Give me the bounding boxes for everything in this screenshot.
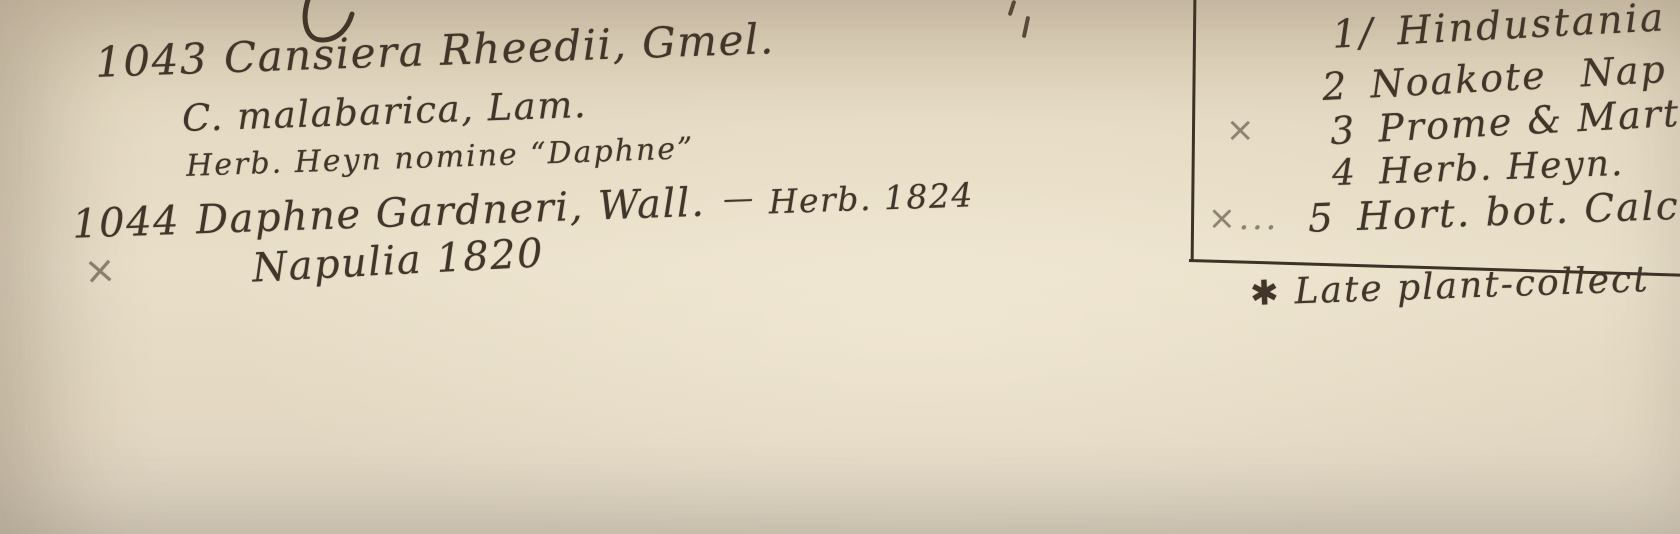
locality-name: Hort. bot. Calc. bbox=[1356, 183, 1680, 240]
locality-box-left-border bbox=[1191, 0, 1197, 262]
stray-quote-mark-icon bbox=[1022, 16, 1030, 38]
herbarium-year: Herb. 1824 bbox=[768, 175, 974, 221]
cross-dotted-mark: ×... bbox=[1208, 198, 1279, 237]
locality-name: Hindustania bbox=[1396, 0, 1667, 54]
locality-name: Herb. Heyn. bbox=[1378, 143, 1625, 193]
stray-quote-mark-icon bbox=[1008, 0, 1017, 16]
entry-1043-synonym: C. malabarica, Lam. bbox=[181, 83, 587, 140]
entry-number: 1044 bbox=[71, 198, 180, 248]
species-name: Daphne Gardneri, Wall. bbox=[195, 180, 706, 244]
row-number: 4 bbox=[1331, 152, 1357, 194]
manuscript-page: 1043Cansiera Rheedii, Gmel. C. malabaric… bbox=[0, 0, 1680, 534]
row-number: 1/ bbox=[1331, 11, 1376, 58]
footnote-line: ✱Late plant-collect bbox=[1249, 259, 1650, 314]
row-number: 3 bbox=[1329, 108, 1357, 153]
dash-separator: — bbox=[723, 181, 756, 217]
row-number: 5 bbox=[1307, 196, 1335, 242]
entry-1043-line: 1043Cansiera Rheedii, Gmel. bbox=[94, 14, 775, 87]
entry-number: 1043 bbox=[94, 34, 209, 87]
locality-name-continued: Nap bbox=[1579, 47, 1667, 95]
footnote-text: Late plant-collect bbox=[1294, 259, 1650, 312]
asterisk-icon: ✱ bbox=[1249, 273, 1281, 314]
entry-1043-herbarium-note: Herb. Heyn nomine “Daphne” bbox=[186, 131, 695, 184]
cross-mark: × bbox=[83, 247, 119, 293]
row-number: 2 bbox=[1321, 64, 1349, 109]
cross-mark: × bbox=[1226, 110, 1256, 150]
